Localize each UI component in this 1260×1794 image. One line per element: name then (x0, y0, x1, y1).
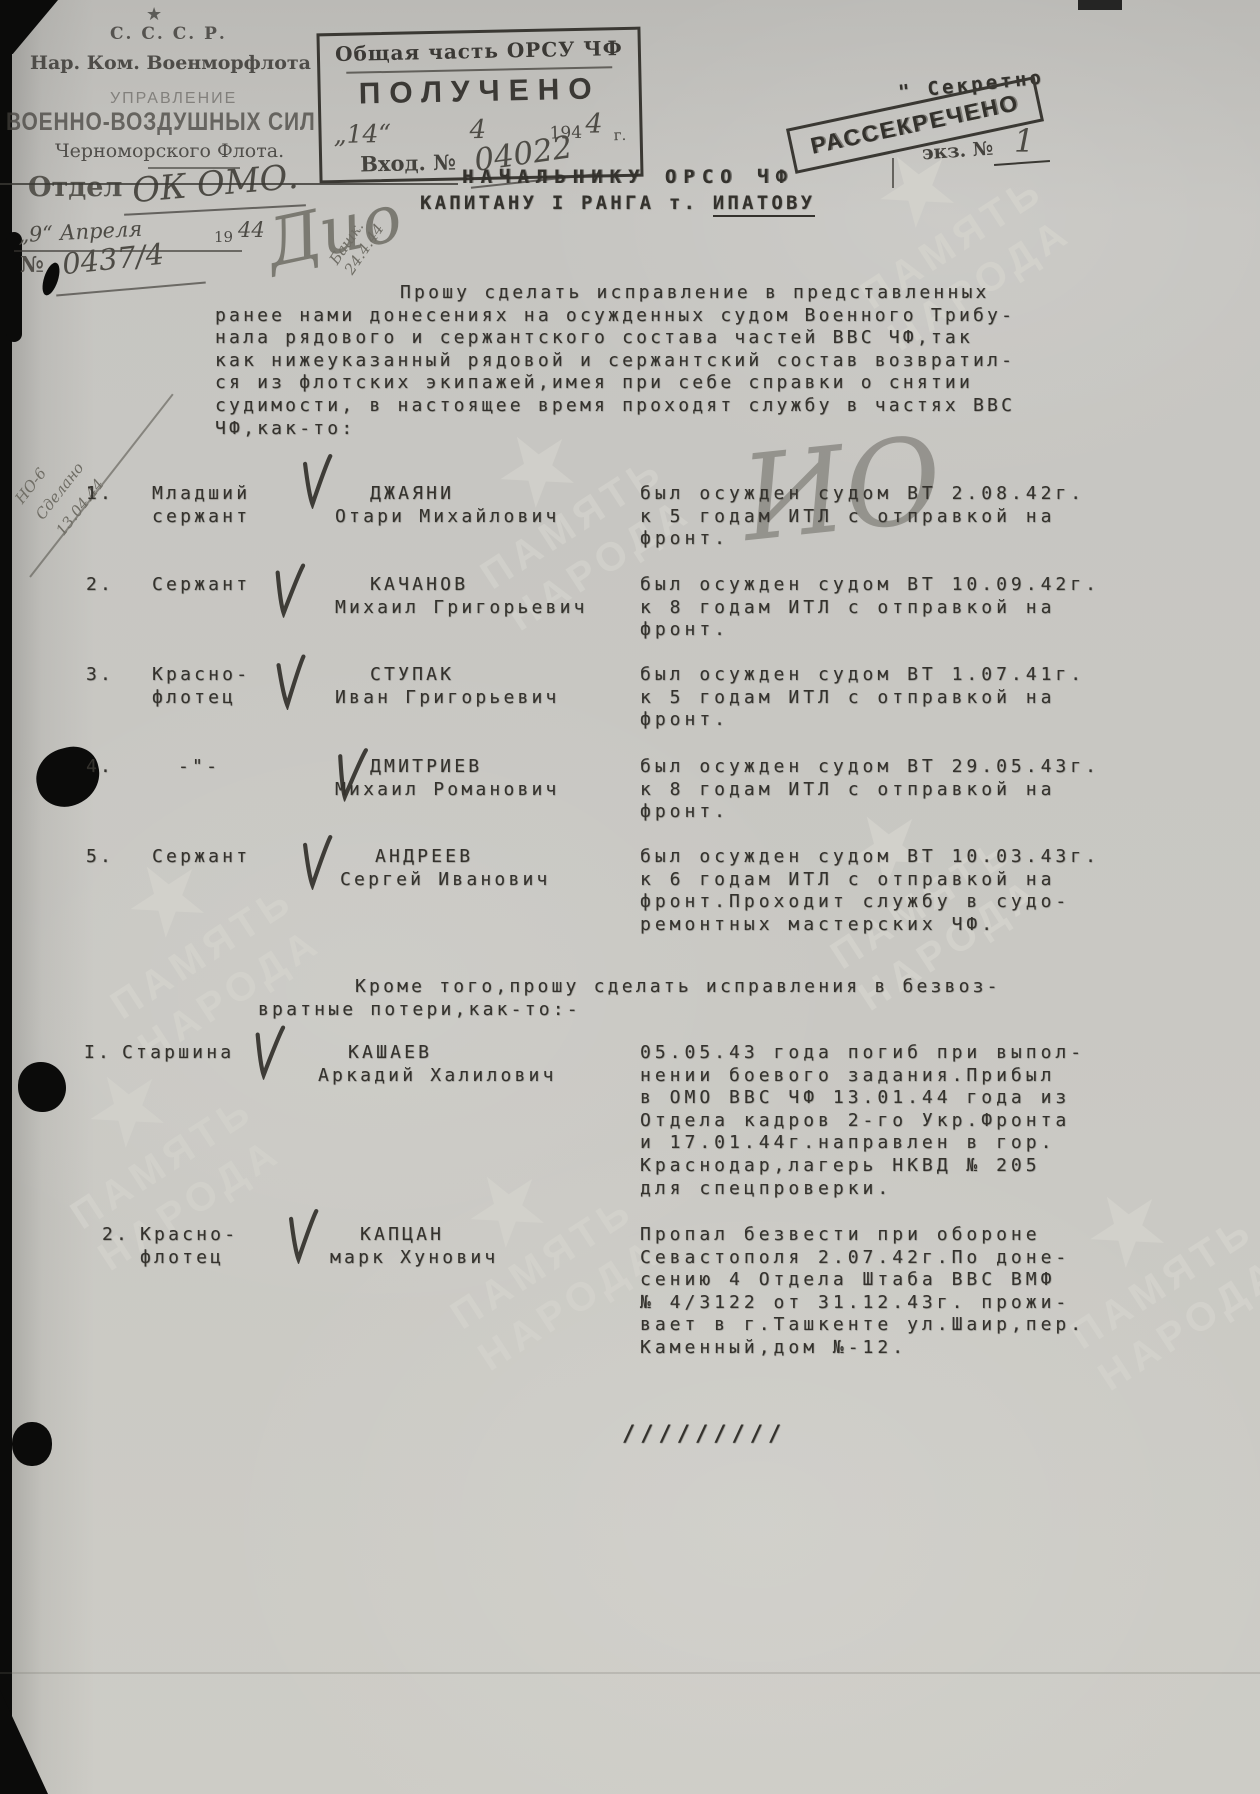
date-year-handwritten: 44 (238, 218, 265, 242)
item-details: 05.05.43 года погиб при выпол- нении бое… (640, 1042, 1180, 1200)
star-icon: ★ (146, 4, 162, 25)
letterhead-forces: ВОЕННО-ВОЗДУШНЫХ СИЛ (6, 108, 316, 137)
item-details: был осужден судом ВТ 29.05.43г. к 8 года… (640, 756, 1180, 824)
received-day-handwritten: „14“ (333, 119, 391, 149)
letterhead-country: С. С. С. Р. (110, 24, 227, 44)
item-details: был осужден судом ВТ 2.08.42г. к 5 годам… (640, 483, 1180, 551)
addressee-line2: КАПИТАНУ I РАНГА т. ИПАТОВУ (420, 192, 815, 215)
number-label: № (20, 252, 44, 278)
received-stamp-header: Общая часть ОРСУ ЧФ (320, 36, 638, 67)
received-stamp-title: ПОЛУЧЕНО (320, 72, 639, 113)
addressee-rank: КАПИТАНУ I РАНГА т. (420, 192, 713, 214)
checkmark-icon (297, 831, 333, 892)
letterhead-fleet: Черноморского Флота. (55, 140, 284, 162)
item-number: 1. (86, 483, 114, 506)
scan-mark-top-right (1078, 0, 1122, 10)
item-rank: Сержант (152, 574, 250, 597)
checkmark-icon (297, 450, 333, 511)
item-details: был осужден судом ВТ 1.07.41г. к 5 годам… (640, 664, 1180, 732)
body-paragraph-2: Кроме того,прошу сделать исправления в б… (258, 976, 1098, 1021)
checkmark-icon (272, 651, 306, 711)
fold-crease (0, 1672, 1260, 1674)
body-paragraph-1: Прошу сделать исправление в представленн… (215, 282, 1105, 440)
copy-number-handwritten: 1 (1014, 122, 1034, 160)
item-name: ДЖАЯНИ Отари Михайлович (335, 483, 665, 528)
item-name: АНДРЕЕВ Сергей Иванович (340, 846, 670, 891)
received-year-handwritten: 4 (585, 108, 603, 139)
scan-edge-blob (6, 232, 22, 342)
received-year-suffix: г. (613, 126, 626, 144)
item-number: 5. (86, 846, 114, 869)
dept-label: Отдел (28, 172, 122, 203)
item-details: Пропал безвести при обороне Севастополя … (640, 1224, 1180, 1360)
punch-hole (12, 1422, 52, 1466)
item-name: КАПЦАН марк Хунович (330, 1224, 670, 1269)
item-number: I. (84, 1042, 112, 1065)
item-rank: Младший сержант (152, 483, 250, 528)
checkmark-icon (268, 558, 306, 620)
item-rank: Красно- флотец (152, 664, 250, 709)
item-rank: Красно- флотец (140, 1224, 238, 1269)
letterhead-commissariat: Нар. Ком. Военморфлота (30, 52, 311, 74)
checkmark-icon (248, 1020, 286, 1082)
item-name: СТУПАК Иван Григорьевич (335, 664, 665, 709)
item-details: был осужден судом ВТ 10.03.43г. к 6 года… (640, 846, 1180, 936)
item-number: 2. (86, 574, 114, 597)
received-stamp: Общая часть ОРСУ ЧФ ПОЛУЧЕНО „14“ 4 194 … (316, 27, 643, 184)
item-number: 4. (86, 756, 114, 779)
addressee-name: ИПАТОВУ (713, 192, 815, 217)
scanned-document-page: ★ПАМЯТЬ НАРОДА ★ПАМЯТЬ НАРОДА ★ПАМЯТЬ НА… (0, 0, 1260, 1794)
item-name: КАЧАНОВ Михаил Григорьевич (335, 574, 665, 619)
item-name: ДМИТРИЕВ Михаил Романович (335, 756, 665, 801)
checkmark-icon (283, 1205, 319, 1266)
number-underline (56, 281, 206, 296)
scan-corner-top-left (0, 0, 58, 54)
letterhead-directorate: УПРАВЛЕНИЕ (110, 90, 237, 108)
item-rank: Старшина (122, 1042, 234, 1065)
vertical-tick (892, 158, 894, 188)
item-rank: -"- (178, 756, 220, 779)
item-number: 3. (86, 664, 114, 687)
item-details: был осужден судом ВТ 10.09.42г. к 8 года… (640, 574, 1180, 642)
date-year-printed: 19 (214, 228, 233, 246)
addressee-line1: НАЧАЛЬНИКУ ОРСО ЧФ (462, 166, 794, 189)
item-number: 2. (102, 1224, 130, 1247)
item-name: КАШАЕВ Аркадий Халилович (318, 1042, 658, 1087)
entry-label: Вход. № (360, 150, 456, 177)
end-of-text-slashes: ///////// (622, 1424, 786, 1447)
item-rank: Сержант (152, 846, 250, 869)
punch-hole (18, 1062, 66, 1112)
